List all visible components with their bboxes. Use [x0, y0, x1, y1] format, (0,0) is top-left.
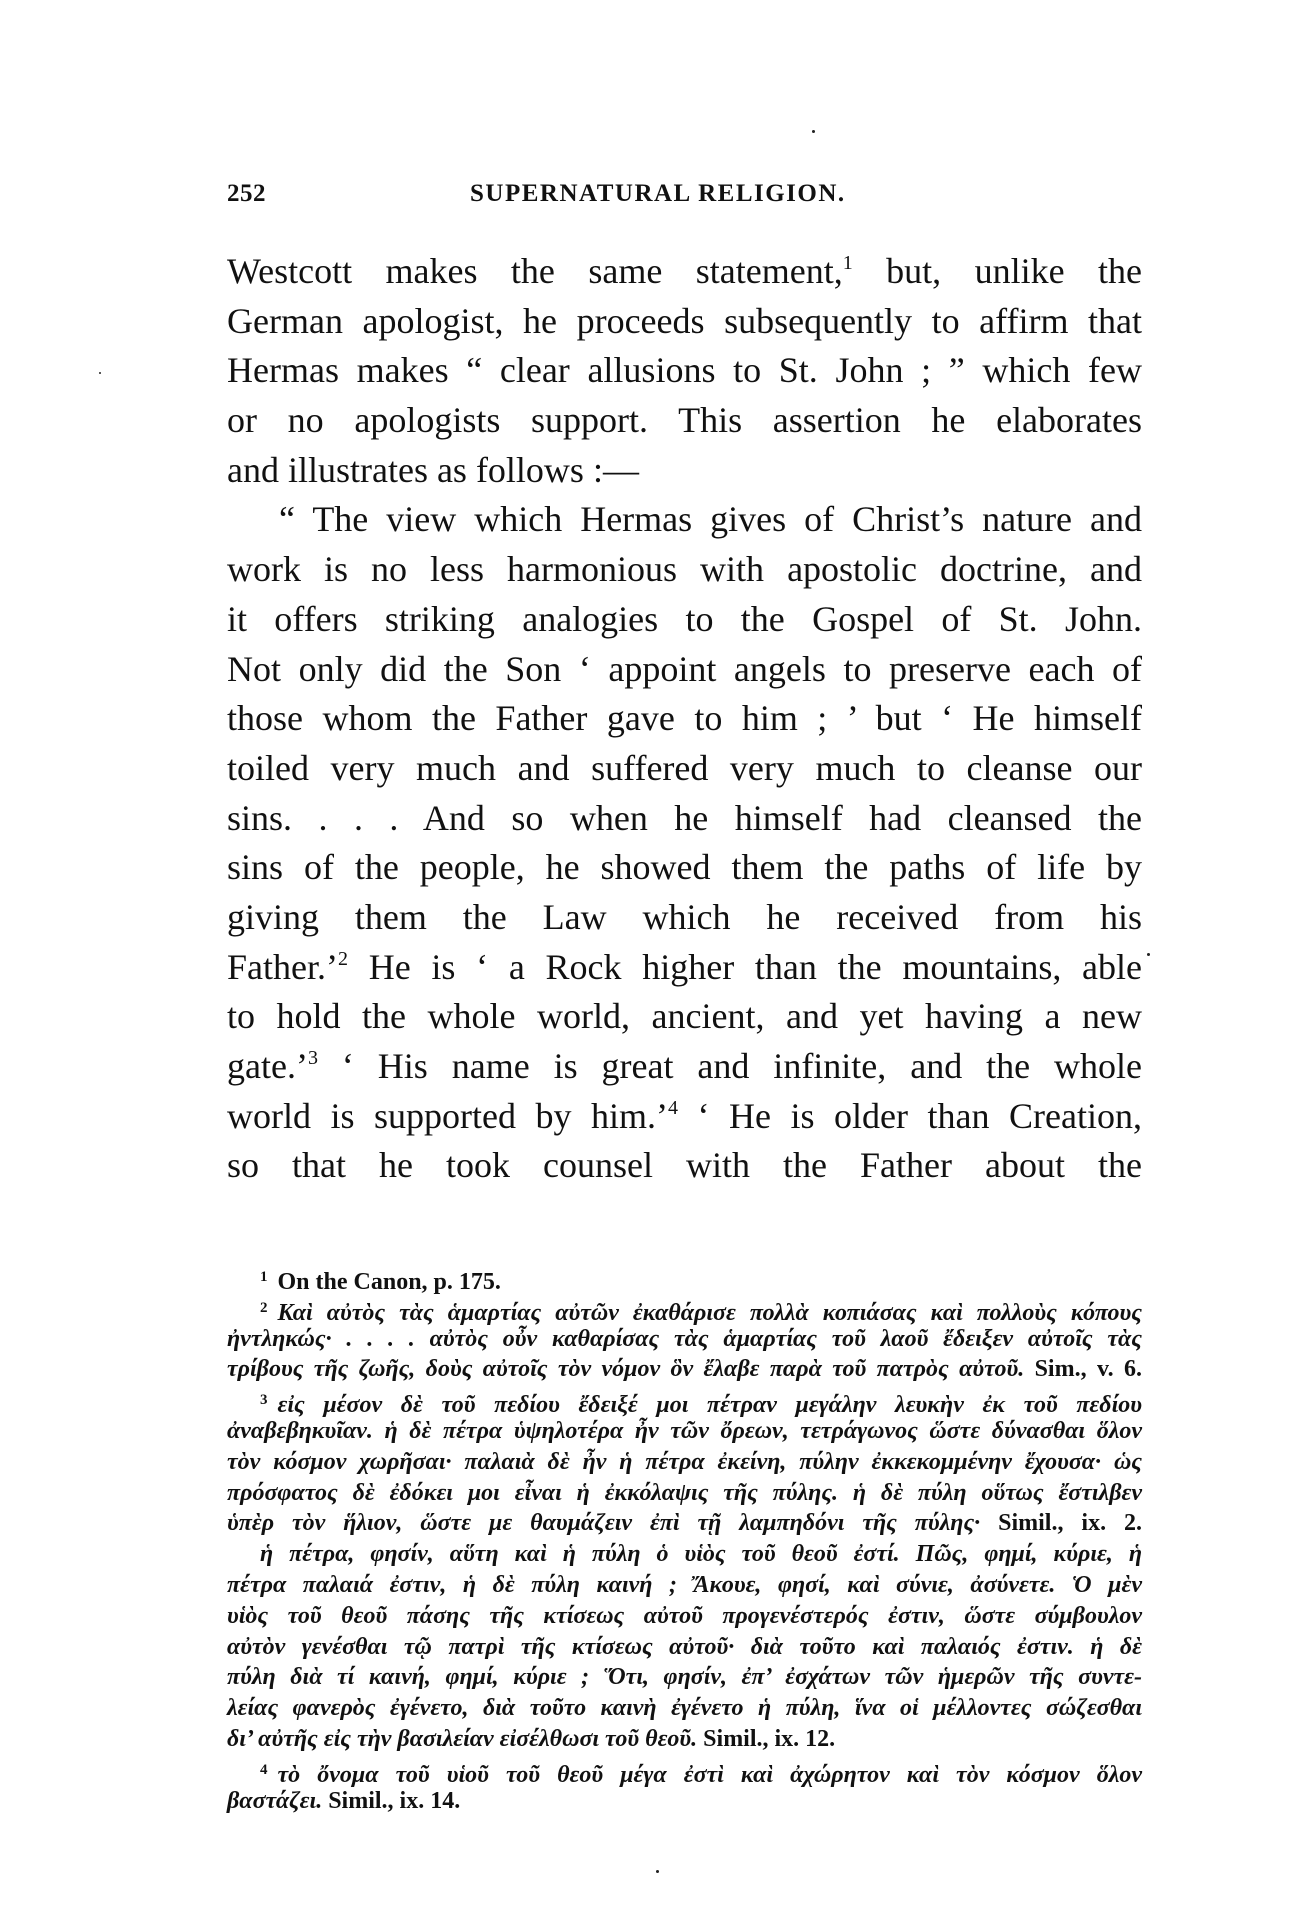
footnote-citation: Sim., v. 6.: [1024, 1356, 1142, 1382]
greek-text: τὸ ὄνομα τοῦ υἱοῦ τοῦ θεοῦ μέγα ἐστὶ καὶ…: [278, 1762, 1143, 1788]
body-line: Hermas makes “ clear allusions to St. Jo…: [227, 346, 1142, 396]
running-header: 252 SUPERNATURAL RELIGION.: [227, 180, 1142, 212]
footnote-line: ὑπὲρ τὸν ἥλιον, ὥστε με θαυμάζειν ἐπὶ τῇ…: [227, 1508, 1142, 1539]
body-line: giving them the Law which he received fr…: [227, 893, 1142, 943]
footnote-line: λείας φανερὸς ἐγένετο, διὰ τοῦτο καινὴ ἐ…: [227, 1693, 1142, 1724]
print-speck: [99, 372, 101, 374]
footnote-ref: 1: [843, 252, 853, 274]
greek-text: Καὶ αὐτὸς τὰς ἁμαρτίας αὐτῶν ἐκαθάρισε π…: [278, 1300, 1143, 1326]
print-speck: [812, 130, 815, 133]
footnote-line: ἡ πέτρα, φησίν, αὕτη καὶ ἡ πύλη ὁ υἱὸς τ…: [227, 1539, 1142, 1570]
print-speck: [656, 1870, 659, 1873]
body-line: it offers striking analogies to the Gosp…: [227, 595, 1142, 645]
footnote-line: πύλη διὰ τί καινή, φημί, κύριε ; Ὅτι, φη…: [227, 1662, 1142, 1693]
greek-text: τὸν κόσμον χωρῆσαι· παλαιὰ δὲ ἦν ἡ πέτρα…: [227, 1449, 1142, 1475]
line-text: ‘ He is older than Creation,: [678, 1096, 1142, 1136]
page-number: 252: [227, 180, 266, 208]
footnote-line: αὐτὸν γενέσθαι τῷ πατρὶ τῆς κτίσεως αὐτο…: [227, 1632, 1142, 1663]
footnote-1: 1On the Canon, p. 175.: [227, 1262, 1142, 1293]
greek-text: ἠντληκώς· . . . . αὐτὸς οὖν καθαρίσας τὰ…: [227, 1326, 1142, 1352]
greek-text: δι’ αὐτῆς εἰς τὴν βασιλείαν εἰσέλθωσι το…: [227, 1726, 697, 1752]
body-line: “ The view which Hermas gives of Christ’…: [227, 495, 1142, 545]
footnote-ref: 2: [338, 948, 348, 970]
print-speck: [1147, 953, 1150, 956]
body-text: Westcott makes the same statement,1 but,…: [227, 247, 1142, 1191]
footnote-4: 4τὸ ὄνομα τοῦ υἱοῦ τοῦ θεοῦ μέγα ἐστὶ κα…: [227, 1755, 1142, 1786]
greek-text: υἱὸς τοῦ θεοῦ πάσης τῆς κτίσεως αὐτοῦ πρ…: [227, 1603, 1142, 1629]
footnote-line: πρόσφατος δὲ ἐδόκει μοι εἶναι ἡ ἐκκόλαψι…: [227, 1478, 1142, 1509]
body-line: or no apologists support. This assertion…: [227, 396, 1142, 446]
greek-text: αὐτὸν γενέσθαι τῷ πατρὶ τῆς κτίσεως αὐτο…: [227, 1634, 1142, 1660]
line-text: He is ‘ a Rock higher than the mountains…: [348, 947, 1142, 987]
line-text: ‘ His name is great and infinite, and th…: [318, 1046, 1142, 1086]
body-line: gate.’3 ‘ His name is great and infinite…: [227, 1042, 1142, 1092]
footnote-line: βαστάζει. Simil., ix. 14.: [227, 1786, 1142, 1817]
footnote-line: ἠντληκώς· . . . . αὐτὸς οὖν καθαρίσας τὰ…: [227, 1324, 1142, 1355]
footnote-ref: 3: [308, 1047, 318, 1069]
footnote-citation: Simil., ix. 12.: [697, 1726, 835, 1752]
line-text: Father.’: [227, 947, 338, 987]
greek-text: βαστάζει.: [227, 1788, 322, 1814]
body-line: so that he took counsel with the Father …: [227, 1141, 1142, 1191]
footnote-ref: 4: [668, 1097, 678, 1119]
footnote-line: δι’ αὐτῆς εἰς τὴν βασιλείαν εἰσέλθωσι το…: [227, 1724, 1142, 1755]
body-line: sins of the people, he showed them the p…: [227, 843, 1142, 893]
footnote-citation: Simil., ix. 14.: [322, 1788, 460, 1814]
body-line: world is supported by him.’4 ‘ He is old…: [227, 1092, 1142, 1142]
greek-text: ἡ πέτρα, φησίν, αὕτη καὶ ἡ πύλη ὁ υἱὸς τ…: [260, 1541, 1142, 1567]
footnote-line: πέτρα παλαιά ἐστιν, ἡ δὲ πύλη καινή ; Ἄκ…: [227, 1570, 1142, 1601]
footnote-number: 2: [260, 1300, 268, 1316]
footnote-number: 1: [260, 1269, 268, 1285]
greek-text: πρόσφατος δὲ ἐδόκει μοι εἶναι ἡ ἐκκόλαψι…: [227, 1480, 1142, 1506]
line-text: Westcott makes the same statement,: [227, 251, 843, 291]
line-text: gate.’: [227, 1046, 308, 1086]
body-line: work is no less harmonious with apostoli…: [227, 545, 1142, 595]
greek-text: ἀναβεβηκυῖαν. ἡ δὲ πέτρα ὑψηλοτέρα ἦν τῶ…: [227, 1418, 1142, 1444]
body-line: Westcott makes the same statement,1 but,…: [227, 247, 1142, 297]
body-line: Father.’2 He is ‘ a Rock higher than the…: [227, 943, 1142, 993]
footnote-line: υἱὸς τοῦ θεοῦ πάσης τῆς κτίσεως αὐτοῦ πρ…: [227, 1601, 1142, 1632]
greek-text: λείας φανερὸς ἐγένετο, διὰ τοῦτο καινὴ ἐ…: [227, 1695, 1142, 1721]
greek-text: τρίβους τῆς ζωῆς, δοὺς αὐτοῖς τὸν νόμον …: [227, 1356, 1024, 1382]
body-line: German apologist, he proceeds subsequent…: [227, 297, 1142, 347]
line-text: world is supported by him.’: [227, 1096, 668, 1136]
greek-text: ὑπὲρ τὸν ἥλιον, ὥστε με θαυμάζειν ἐπὶ τῇ…: [227, 1510, 980, 1536]
footnote-number: 4: [260, 1762, 268, 1778]
footnote-number: 3: [260, 1392, 268, 1408]
greek-text: πύλη διὰ τί καινή, φημί, κύριε ; Ὅτι, φη…: [227, 1664, 1142, 1690]
body-line: toiled very much and suffered very much …: [227, 744, 1142, 794]
footnote-citation: Simil., ix. 2.: [980, 1510, 1142, 1536]
book-page: 252 SUPERNATURAL RELIGION. Westcott make…: [0, 0, 1292, 1925]
greek-text: πέτρα παλαιά ἐστιν, ἡ δὲ πύλη καινή ; Ἄκ…: [227, 1572, 1142, 1598]
footnote-citation: On the Canon, p. 175.: [278, 1269, 501, 1295]
body-line: sins. . . . And so when he himself had c…: [227, 794, 1142, 844]
footnote-3: 3εἰς μέσον δὲ τοῦ πεδίου ἔδειξέ μοι πέτρ…: [227, 1385, 1142, 1416]
footnote-line: τρίβους τῆς ζωῆς, δοὺς αὐτοῖς τὸν νόμον …: [227, 1354, 1142, 1385]
running-title: SUPERNATURAL RELIGION.: [470, 180, 846, 208]
line-text: but, unlike the: [853, 251, 1142, 291]
footnote-line: τὸν κόσμον χωρῆσαι· παλαιὰ δὲ ἦν ἡ πέτρα…: [227, 1447, 1142, 1478]
footnote-line: ἀναβεβηκυῖαν. ἡ δὲ πέτρα ὑψηλοτέρα ἦν τῶ…: [227, 1416, 1142, 1447]
greek-text: εἰς μέσον δὲ τοῦ πεδίου ἔδειξέ μοι πέτρα…: [278, 1392, 1143, 1418]
footnote-2: 2Καὶ αὐτὸς τὰς ἁμαρτίας αὐτῶν ἐκαθάρισε …: [227, 1293, 1142, 1324]
body-line: Not only did the Son ‘ appoint angels to…: [227, 645, 1142, 695]
body-line: to hold the whole world, ancient, and ye…: [227, 992, 1142, 1042]
body-line: and illustrates as follows :—: [227, 446, 1142, 496]
footnotes: 1On the Canon, p. 175. 2Καὶ αὐτὸς τὰς ἁμ…: [227, 1262, 1142, 1816]
body-line: those whom the Father gave to him ; ’ bu…: [227, 694, 1142, 744]
